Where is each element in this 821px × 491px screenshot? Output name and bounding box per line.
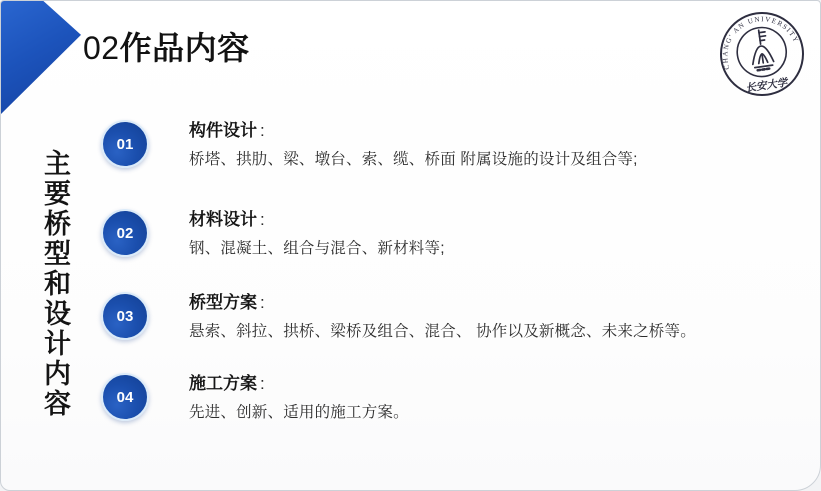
page-title-text: 作品内容	[120, 30, 250, 66]
item-body: 钢、混凝土、组合与混合、新材料等;	[189, 236, 445, 261]
item-texts: 材料设计: 钢、混凝土、组合与混合、新材料等;	[189, 207, 445, 261]
item-heading-text: 构件设计	[189, 121, 257, 140]
slide: 02作品内容 CHANG' AN UNIVERSITY 长安大学 主要桥型和设计…	[0, 0, 821, 491]
item-heading: 构件设计:	[189, 118, 638, 144]
item-body: 桥塔、拱肋、梁、墩台、索、缆、桥面 附属设施的设计及组合等;	[189, 147, 638, 172]
badge-number: 03	[117, 308, 134, 325]
item-heading-colon: :	[260, 210, 265, 229]
item-texts: 构件设计: 桥塔、拱肋、梁、墩台、索、缆、桥面 附属设施的设计及组合等;	[189, 118, 638, 172]
item-heading-colon: :	[260, 293, 265, 312]
arrow-decoration-icon	[1, 1, 81, 114]
badge-number: 01	[117, 136, 134, 153]
item-heading-text: 施工方案	[189, 374, 257, 393]
item-number-badge: 04	[101, 373, 149, 421]
page-title: 02作品内容	[83, 23, 250, 69]
slide-number: 02	[83, 30, 120, 66]
item-heading: 施工方案:	[189, 371, 409, 397]
item-number-badge: 01	[101, 120, 149, 168]
vertical-section-title: 主要桥型和设计内容	[41, 149, 69, 439]
item-number-badge: 02	[101, 209, 149, 257]
item-body: 先进、创新、适用的施工方案。	[189, 400, 409, 425]
item-texts: 施工方案: 先进、创新、适用的施工方案。	[189, 371, 409, 425]
university-logo: CHANG' AN UNIVERSITY 长安大学	[718, 10, 806, 98]
item-heading: 材料设计:	[189, 207, 445, 233]
item-heading-colon: :	[260, 121, 265, 140]
badge-number: 04	[117, 389, 134, 406]
list-item-4: 04 施工方案: 先进、创新、适用的施工方案。	[101, 371, 409, 425]
item-heading: 桥型方案:	[189, 290, 696, 316]
item-body: 悬索、斜拉、拱桥、梁桥及组合、混合、 协作以及新概念、未来之桥等。	[189, 319, 696, 344]
list-item-3: 03 桥型方案: 悬索、斜拉、拱桥、梁桥及组合、混合、 协作以及新概念、未来之桥…	[101, 290, 696, 344]
logo-emblem-icon	[748, 29, 774, 71]
item-heading-text: 材料设计	[189, 210, 257, 229]
logo-cn-name: 长安大学	[745, 76, 790, 95]
item-number-badge: 03	[101, 292, 149, 340]
list-item-2: 02 材料设计: 钢、混凝土、组合与混合、新材料等;	[101, 207, 445, 261]
list-item-1: 01 构件设计: 桥塔、拱肋、梁、墩台、索、缆、桥面 附属设施的设计及组合等;	[101, 118, 638, 172]
item-texts: 桥型方案: 悬索、斜拉、拱桥、梁桥及组合、混合、 协作以及新概念、未来之桥等。	[189, 290, 696, 344]
item-heading-colon: :	[260, 374, 265, 393]
badge-number: 02	[117, 225, 134, 242]
item-heading-text: 桥型方案	[189, 293, 257, 312]
